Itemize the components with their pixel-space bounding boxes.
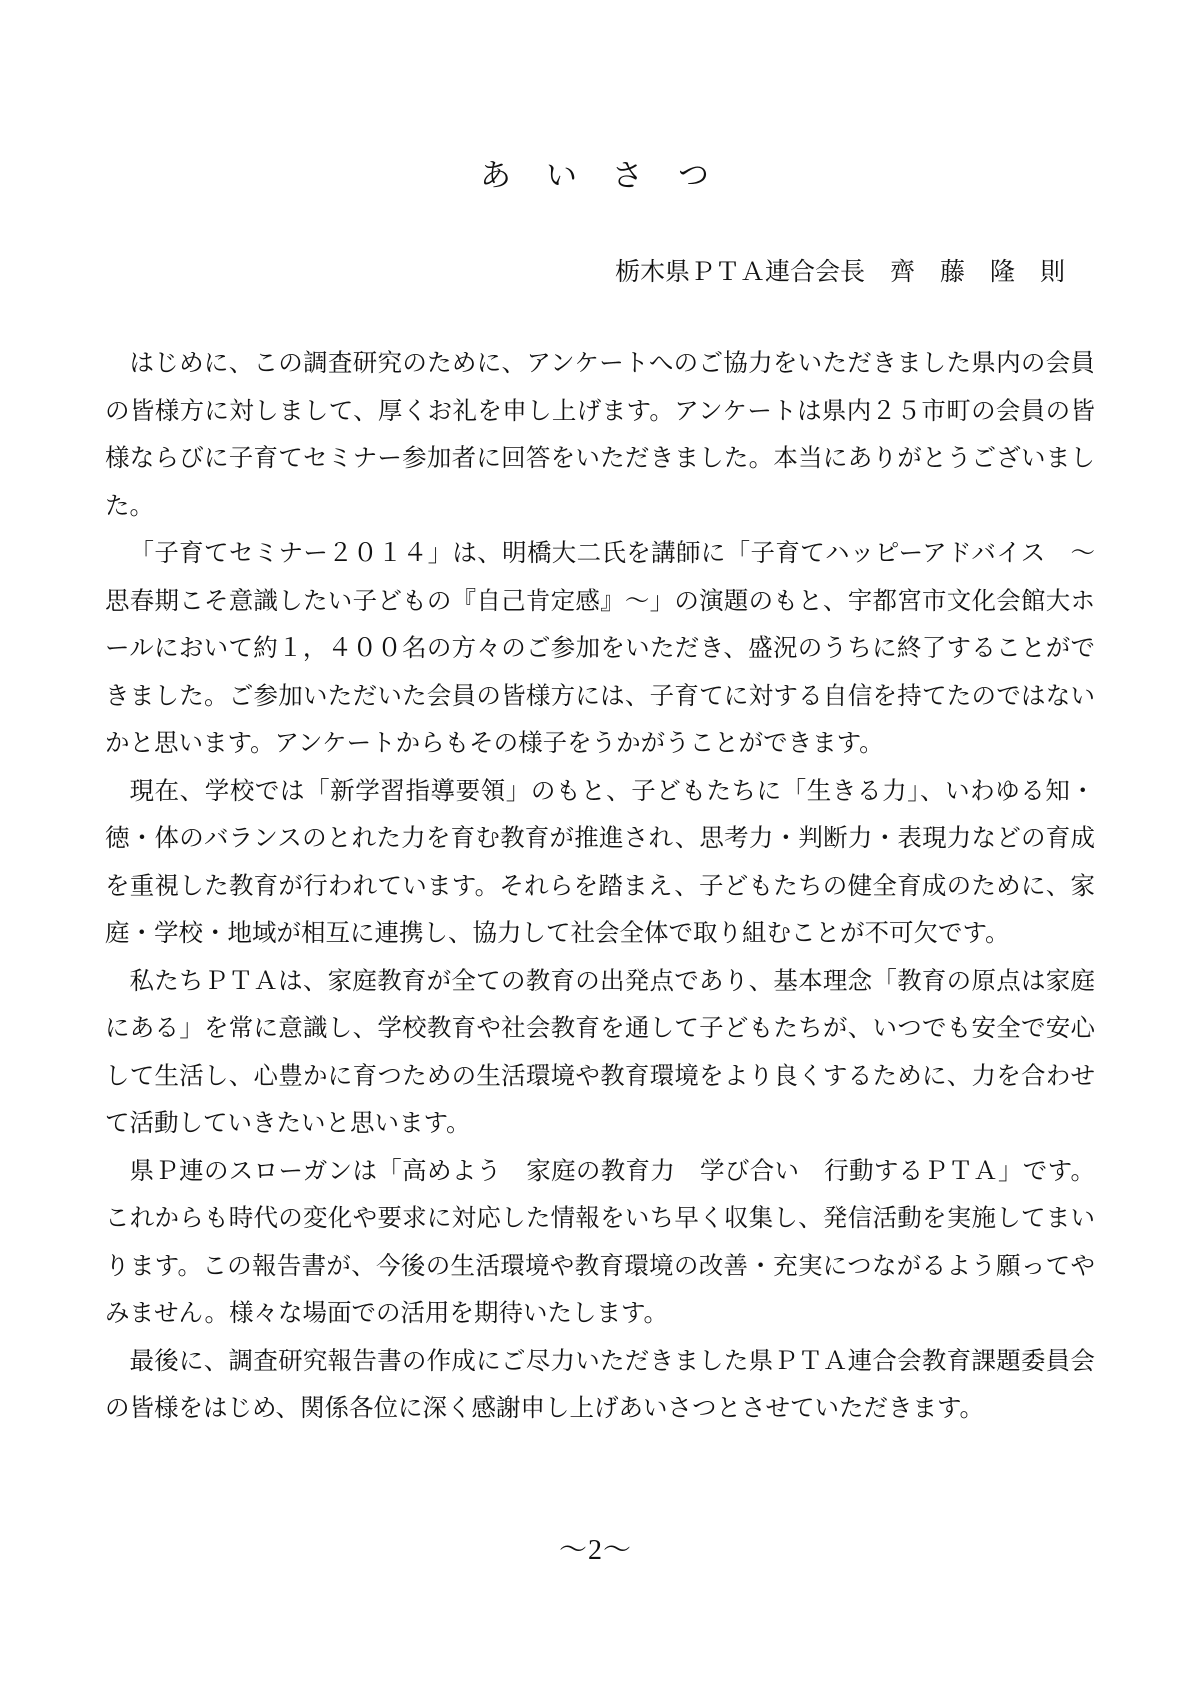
paragraph-slogan: 県Ｐ連のスローガンは「高めよう 家庭の教育力 学び合い 行動するＰＴＡ」です。こ… <box>105 1148 1095 1338</box>
author-line: 栃木県ＰＴＡ連合会長 齊 藤 隆 則 <box>105 252 1095 288</box>
page-number: ～2～ <box>0 1528 1191 1568</box>
document-page: あ い さ つ 栃木県ＰＴＡ連合会長 齊 藤 隆 則 はじめに、この調査研究のた… <box>0 0 1191 1684</box>
paragraph-education-policy: 現在、学校では「新学習指導要領」のもと、子どもたちに「生きる力」、いわゆる知・徳… <box>105 768 1095 958</box>
paragraph-closing-thanks: 最後に、調査研究報告書の作成にご尽力いただきました県ＰＴＡ連合会教育課題委員会の… <box>105 1338 1095 1433</box>
document-body: はじめに、この調査研究のために、アンケートへのご協力をいただきました県内の会員の… <box>105 340 1095 1433</box>
paragraph-seminar-2014: 「子育てセミナー２０１４」は、明橋大二氏を講師に「子育てハッピーアドバイス ～思… <box>105 530 1095 768</box>
page-title: あ い さ つ <box>0 150 1191 195</box>
paragraph-greeting-thanks: はじめに、この調査研究のために、アンケートへのご協力をいただきました県内の会員の… <box>105 340 1095 530</box>
paragraph-pta-principle: 私たちＰＴＡは、家庭教育が全ての教育の出発点であり、基本理念「教育の原点は家庭に… <box>105 958 1095 1148</box>
